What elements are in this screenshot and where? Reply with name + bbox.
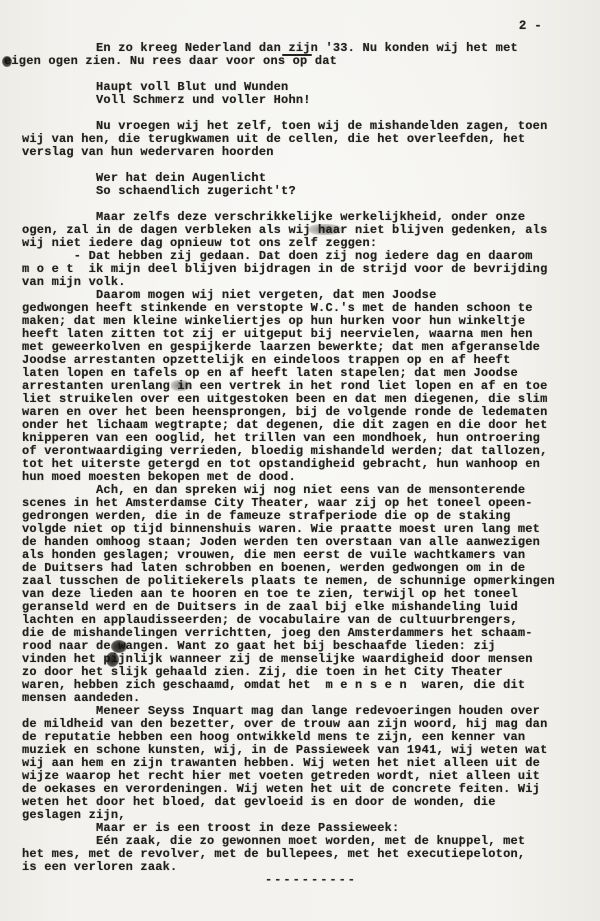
ink-smudge: [309, 224, 341, 235]
paragraph-hymn-quote-1: Haupt voll Blut und Wunden Voll Schmerz …: [22, 81, 600, 107]
divider-dashes: ----------: [22, 874, 600, 887]
paragraph-closing: Eén zaak, die zo gewonnen moet worden, m…: [22, 835, 600, 874]
page-number: 2 -: [519, 20, 542, 33]
text-line: Voll Schmerz und voller Hohn!: [22, 94, 600, 107]
paragraph-atrocities: Daarom mogen wij niet vergeten, dat men …: [22, 289, 600, 484]
text-line: So schaendlich zugericht't?: [22, 185, 600, 198]
document-page: 2 - En zo kreeg Nederland dan zijn '33. …: [0, 0, 600, 921]
ink-blot: [2, 56, 12, 67]
document-text: En zo kreeg Nederland dan zijn '33. Nu k…: [0, 42, 600, 887]
underline-zijn-mark: [282, 54, 312, 56]
paragraph-question: Nu vroegen wij het zelf, toen wij de mis…: [22, 120, 600, 159]
ink-smudge: [171, 380, 189, 391]
text-line: verslag van hun wedervaren hoorden: [22, 146, 600, 159]
ink-blot: [106, 652, 119, 667]
ink-blot: [111, 640, 127, 653]
paragraph-resolve: Maar zelfs deze verschrikkelijke werkeli…: [22, 211, 600, 289]
paragraph-city-theater: Ach, en dan spreken wij nog niet eens va…: [22, 484, 600, 705]
text-line: eigen ogen zien. Nu rees daar voor ons o…: [4, 55, 600, 68]
paragraph-seyss-inquart: Meneer Seyss Inquart mag dan lange redev…: [22, 705, 600, 822]
paragraph-hymn-quote-2: Wer hat dein Augenlicht So schaendlich z…: [22, 172, 600, 198]
